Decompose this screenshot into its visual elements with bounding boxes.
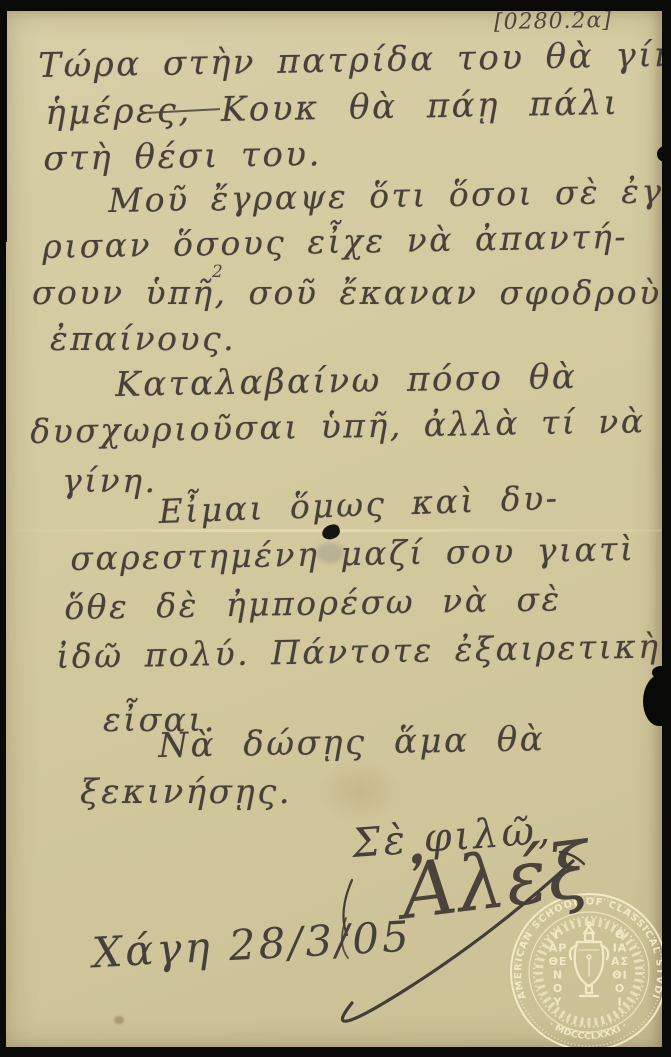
insertion-mark: 2 [212, 262, 223, 282]
seal-amphora-emblem [570, 922, 608, 996]
scan-edge-blob [643, 674, 671, 726]
paper-stain [114, 1016, 124, 1024]
handwritten-line: Νὰ δώσῃς ἅμα θὰ [158, 719, 546, 766]
scan-edge-bottom [0, 1047, 671, 1057]
handwritten-line: ξεκινήσῃς. [80, 772, 292, 812]
scan-edge-blob [652, 666, 671, 680]
handwritten-line: ἐπαίνους. [50, 319, 236, 358]
handwritten-line: σουν ὑπῆ, σοῦ ἔκαναν σφοδροὺς [32, 273, 671, 312]
seal-right-letters: ΘΙΑΑΣΘΙΟΙ [611, 928, 629, 1009]
handwritten-line: γίνη. [62, 461, 157, 500]
archive-reference-number: [0280.2α] [494, 8, 612, 35]
handwritten-line: στὴ θέσι του. [43, 134, 322, 179]
scan-edge-left [0, 0, 7, 242]
handwritten-line: Καταλαβαίνω πόσο θὰ [115, 357, 578, 405]
scanned-letter-page: AMERICAN SCHOOL OF CLASSICAL STVDIES AT … [0, 0, 671, 1057]
ink-smudge [316, 543, 344, 563]
scan-edge-left-shadow [0, 242, 6, 502]
scan-edge-top [0, 0, 671, 11]
paper-stain [318, 760, 402, 822]
scan-edge-notch [657, 146, 671, 162]
